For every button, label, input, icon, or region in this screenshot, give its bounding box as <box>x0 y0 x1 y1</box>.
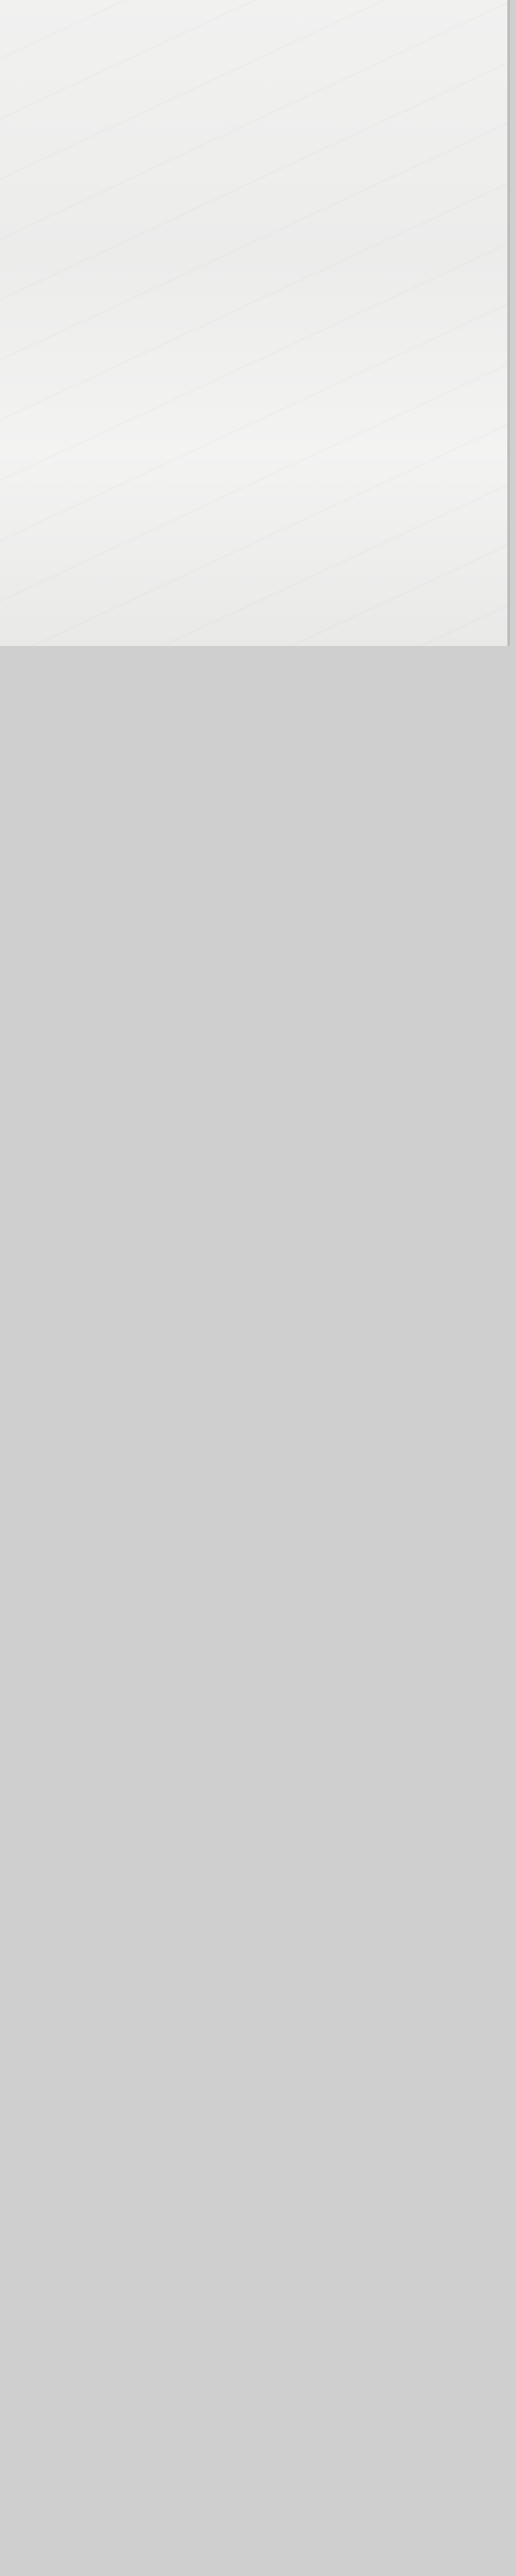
letter-page-1 <box>0 0 510 646</box>
